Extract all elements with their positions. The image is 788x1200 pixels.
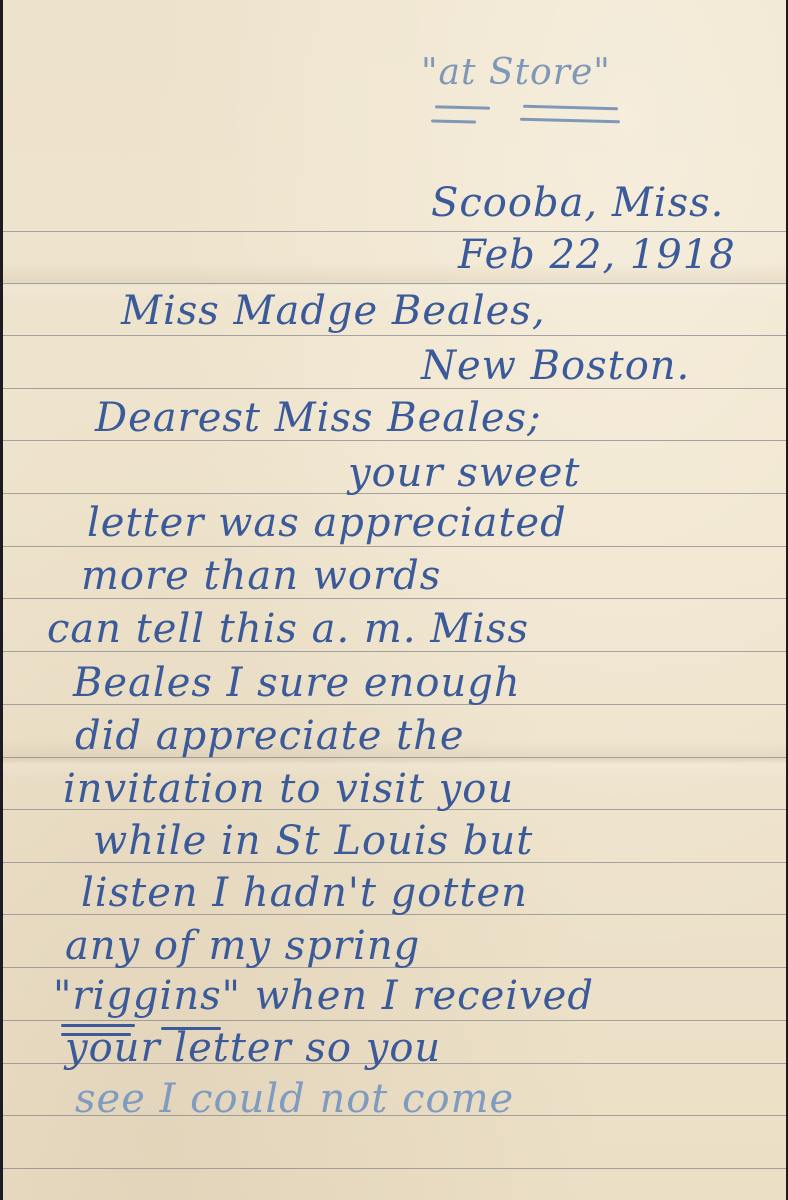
- ruled-line: [3, 335, 786, 336]
- body-line: see I could not come: [75, 1076, 514, 1122]
- body-line: any of my spring: [65, 923, 420, 969]
- recipient-place: New Boston.: [421, 343, 690, 389]
- letter-page: "at Store" Scooba, Miss. Feb 22, 1918 Mi…: [3, 0, 786, 1200]
- ruled-line: [3, 1020, 786, 1021]
- body-line: more than words: [81, 553, 441, 599]
- underline: [523, 105, 618, 110]
- body-line: did appreciate the: [75, 713, 465, 759]
- ruled-line: [3, 283, 786, 284]
- body-line: Beales I sure enough: [73, 660, 521, 706]
- body-line: "riggins" when I received: [53, 973, 594, 1019]
- body-line: your sweet: [348, 450, 580, 496]
- letter-place: Scooba, Miss.: [431, 180, 724, 226]
- body-line: invitation to visit you: [63, 766, 514, 812]
- ruled-line: [3, 546, 786, 547]
- header-note: "at Store": [421, 52, 611, 93]
- recipient-name: Miss Madge Beales,: [121, 288, 546, 334]
- body-line: listen I hadn't gotten: [81, 870, 528, 916]
- underline: [520, 118, 620, 124]
- underline: [435, 105, 490, 109]
- body-line: your letter so you: [65, 1025, 441, 1071]
- body-line: letter was appreciated: [87, 500, 567, 546]
- body-line: while in St Louis but: [93, 818, 533, 864]
- salutation: Dearest Miss Beales;: [95, 395, 542, 441]
- letter-date: Feb 22, 1918: [458, 232, 736, 278]
- body-line: can tell this a. m. Miss: [47, 606, 529, 652]
- ruled-line: [3, 1168, 786, 1169]
- underline: [431, 119, 476, 123]
